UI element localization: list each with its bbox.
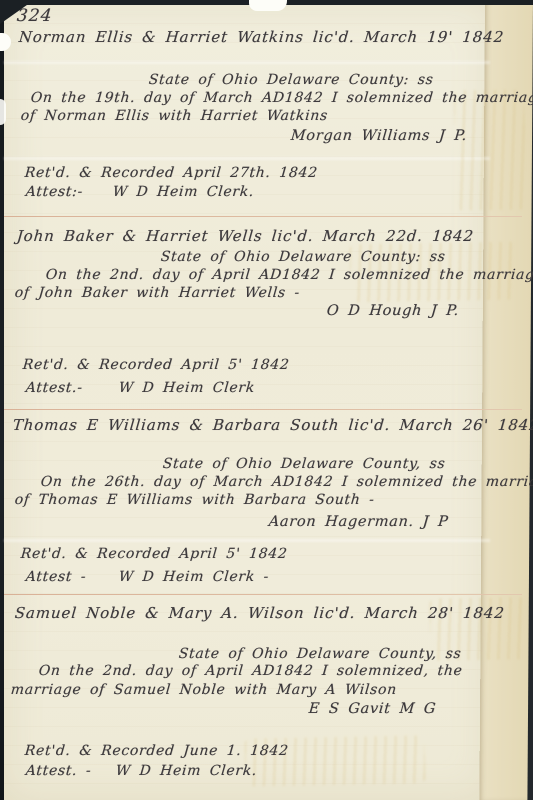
torn-notch [0,99,6,125]
attest-label: Attest.- [25,380,83,396]
state-county-line: State of Ohio Delaware County, ss [178,646,462,662]
recorded-line: Ret'd. & Recorded April 5' 1842 [22,357,290,373]
solemnize-line-1: On the 2nd. day of April AD1842 I solemn… [45,267,533,283]
separator-rule [4,216,522,217]
entry-headline: Thomas E Williams & Barbara South lic'd.… [12,416,533,434]
scanned-register-page: 324 Norman Ellis & Harriet Watkins lic'd… [0,0,533,800]
state-county-line: State of Ohio Delaware County: ss [160,249,446,265]
clerk-signature: W D Heim Clerk [118,380,256,396]
separator-rule [4,409,522,410]
officiant-signature: Morgan Williams J P. [290,128,468,144]
bleed-through-mark [454,89,526,210]
attest-label: Attest - [25,569,87,585]
state-county-line: State of Ohio Delaware County, ss [162,456,446,472]
scan-crease [4,157,490,160]
torn-notch [249,0,287,11]
clerk-signature: W D Heim Clerk - [118,569,270,585]
attest-label: Attest:- [25,184,84,200]
separator-rule [4,594,522,595]
state-county-line: State of Ohio Delaware County: ss [148,72,434,88]
officiant-signature: O D Hough J P. [326,303,460,319]
clerk-signature: W D Heim Clerk. [112,184,255,200]
solemnize-line-1: On the 26th. day of March AD1842 I solem… [40,474,533,490]
solemnize-line-1: On the 2nd. day of April AD1842 I solemn… [38,663,463,679]
solemnize-line-2: marriage of Samuel Noble with Mary A Wil… [10,682,397,698]
officiant-signature: E S Gavit M G [308,701,437,717]
solemnize-line-2: of John Baker with Harriet Wells - [14,285,301,301]
scan-crease [4,61,490,64]
scan-crease [4,539,490,542]
clerk-signature: W D Heim Clerk. [115,763,258,779]
solemnize-line-2: of Thomas E Williams with Barbara South … [14,492,375,508]
officiant-signature: Aaron Hagerman. J P [268,514,449,530]
solemnize-line-1: On the 19th. day of March AD1842 I solem… [30,90,533,106]
solemnize-line-2: of Norman Ellis with Harriet Watkins [20,108,329,124]
page-number: 324 [16,6,53,26]
recorded-line: Ret'd. & Recorded April 5' 1842 [20,546,288,562]
recorded-line: Ret'd. & Recorded June 1. 1842 [24,743,289,759]
entry-headline: Samuel Noble & Mary A. Wilson lic'd. Mar… [14,604,506,622]
entry-headline: John Baker & Harriet Wells lic'd. March … [16,227,475,245]
entry-headline: Norman Ellis & Harriet Watkins lic'd. Ma… [18,28,505,46]
attest-label: Attest. - [25,763,92,779]
recorded-line: Ret'd. & Recorded April 27th. 1842 [24,165,318,181]
